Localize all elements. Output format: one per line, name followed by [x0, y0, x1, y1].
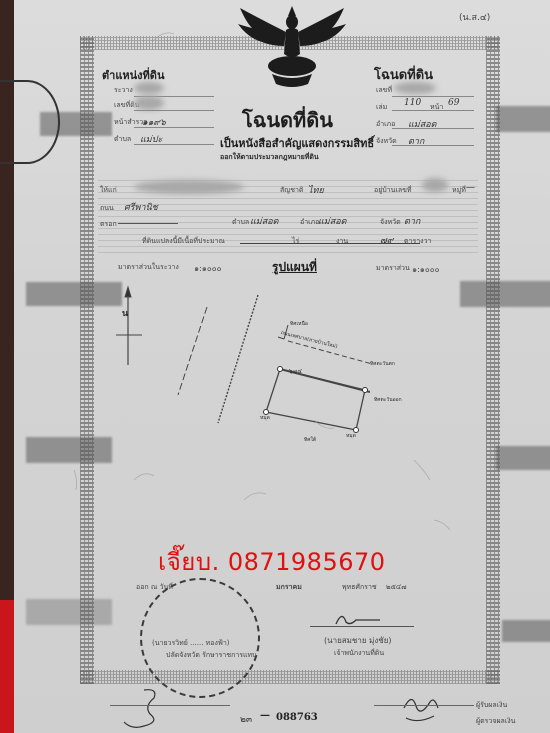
marker-label: หมุด	[346, 432, 356, 440]
issue-year-label: พุทธศักราช	[342, 582, 377, 593]
tape-strip	[496, 106, 550, 132]
field-label-rawang: ระวาง	[114, 85, 133, 96]
amphoe-value: แม่สอด	[318, 214, 346, 228]
tape-strip	[496, 446, 550, 470]
red-binder-edge	[0, 600, 14, 733]
tambon-label: ตำบล	[232, 217, 249, 228]
fill-line	[134, 144, 214, 145]
watermark-contact: เจี๊ยบ. 0871985670	[158, 542, 386, 581]
frame-bottom	[80, 670, 500, 684]
province-label: จังหวัด	[380, 217, 401, 228]
tape-strip	[502, 620, 550, 642]
fill-line	[118, 223, 178, 224]
scale-right-label: มาตราส่วน	[376, 263, 410, 274]
nationality-label: สัญชาติ	[280, 185, 303, 196]
scale-left-value: ๑:๑๐๐๐	[194, 262, 222, 275]
moo-value: —	[466, 183, 475, 193]
serial-number: 088763	[276, 712, 318, 723]
redacted-owner-name	[134, 180, 244, 194]
field-label-deed-no: เลขที่	[376, 85, 392, 96]
fill-line	[110, 705, 230, 706]
footer-checker: ผู้ตรวจผลเงิน	[476, 716, 515, 727]
issue-year: ๒๕๔๗	[386, 582, 406, 593]
neighbor-north: ทิศเหนือ	[290, 320, 308, 328]
map-title: รูปแผนที่	[272, 258, 317, 277]
fill-line	[134, 110, 214, 111]
scale-left-label: มาตราส่วนในระวาง	[118, 262, 179, 273]
fill-line	[134, 127, 214, 128]
issue-month: มกราคม	[276, 582, 302, 593]
redacted-value	[394, 82, 436, 94]
neighbor-west: ทิศตะวันตก	[370, 360, 395, 368]
field-label-tambon: ตำบล	[114, 134, 131, 145]
signature-line	[310, 626, 414, 627]
land-parcel-map	[110, 285, 370, 455]
fill-line	[392, 128, 474, 129]
redacted-house-no	[422, 178, 448, 192]
area-prefix: ที่ดินแปลงนี้มีเนื้อที่ประมาณ	[142, 236, 225, 247]
wa-value: ๗๙	[380, 233, 393, 247]
fill-line	[392, 145, 474, 146]
serial-dash: —	[260, 710, 270, 721]
partial-stamp	[0, 80, 60, 164]
road-value: ศรีพานิช	[124, 200, 158, 214]
ngan-label: งาน	[336, 236, 348, 247]
serial-prefix: ๒๓	[240, 712, 252, 726]
signature-right	[330, 608, 390, 628]
north-label: น	[122, 306, 128, 320]
redacted-value	[134, 96, 164, 110]
garuda-emblem-icon	[232, 2, 352, 94]
fill-line	[392, 96, 474, 97]
field-value-volume: 110	[404, 98, 421, 108]
left-header-title: ตำแหน่งที่ดิน	[102, 66, 164, 84]
tape-strip	[26, 282, 122, 306]
tape-strip	[460, 281, 550, 307]
form-code: (น.ส.๔)	[459, 10, 490, 24]
moo-label: หมู่ที่	[452, 185, 466, 196]
fill-line	[374, 705, 474, 706]
signature-bottom-right	[394, 688, 454, 730]
signer-right-title: เจ้าพนักงานที่ดิน	[334, 648, 384, 659]
house-no-label: อยู่บ้านเลขที่	[374, 185, 412, 196]
footer-receiver: ผู้รับผลเงิน	[476, 700, 507, 711]
road-label: ถนน	[100, 203, 114, 214]
rai-label: ไร่	[292, 236, 299, 247]
document-subtitle-small: ออกให้ตามประมวลกฎหมายที่ดิน	[220, 152, 319, 163]
field-value-page: 69	[448, 98, 459, 108]
signer-left-name: (นายวรวิทย์ ...... ทองฟ้า)	[152, 638, 230, 649]
alley-label: ตรอก	[100, 219, 117, 230]
tape-strip	[26, 437, 112, 463]
parcel-number: ๖๗๔	[289, 366, 302, 376]
redacted-value	[134, 82, 164, 94]
frame-right	[486, 36, 500, 684]
signature-bottom-left	[114, 686, 194, 732]
document-subtitle: เป็นหนังสือสำคัญแสดงกรรมสิทธิ์	[220, 134, 374, 152]
marker-label: หมุด	[260, 414, 270, 422]
tambon-value: แม่สอด	[250, 214, 278, 228]
amphoe-label: อำเภอ	[300, 217, 319, 228]
neighbor-east: ทิศตะวันออก	[374, 396, 402, 404]
field-label-volume: เล่ม	[376, 102, 387, 113]
fill-line	[392, 110, 474, 111]
nationality-value: ไทย	[308, 183, 324, 197]
signer-right-name: (นายสมชาย มุ่งชัย)	[324, 634, 392, 647]
neighbor-south: ทิศใต้	[304, 436, 316, 444]
wa-label: ตารางวา	[404, 236, 431, 247]
province-value: ตาก	[404, 214, 420, 228]
owner-label: ให้แก่	[100, 185, 117, 196]
field-label-page: หน้า	[430, 102, 443, 113]
document-title: โฉนดที่ดิน	[242, 104, 333, 136]
signer-left-title: ปลัดจังหวัด รักษาราชการแทน	[166, 650, 257, 661]
title-deed-page: (น.ส.๔) ตำแหน่งที่ดิน ระวาง เลขที่ดิน หน…	[14, 0, 550, 733]
scale-right-value: ๑:๑๐๐๐	[412, 263, 440, 276]
tape-strip	[26, 599, 112, 625]
